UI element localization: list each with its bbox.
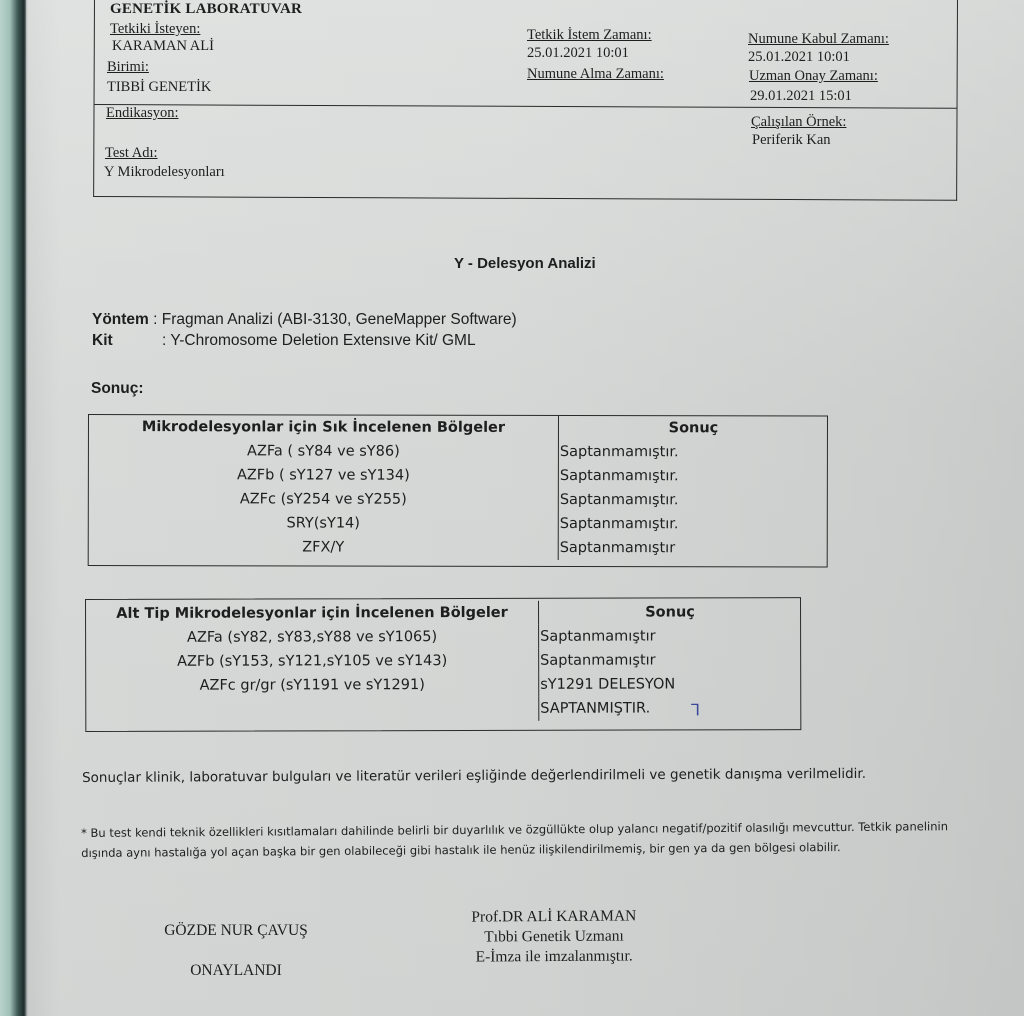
table-header-row: Alt Tip Mikrodelesyonlar için İncelenen … bbox=[86, 600, 800, 626]
technician-name: GÖZDE NUR ÇAVUŞ bbox=[148, 922, 324, 940]
table-row: SRY(sY14)Saptanmamıştır. bbox=[89, 511, 827, 537]
expert-name: Prof.DR ALİ KARAMAN bbox=[455, 906, 653, 927]
result-cell: SAPTANMIŞTIR. bbox=[539, 696, 801, 721]
subtype-results-table: Alt Tip Mikrodelesyonlar için İncelenen … bbox=[85, 597, 801, 732]
table-row: ZFX/YSaptanmamıştır bbox=[89, 535, 827, 561]
method-value: : Fragman Analizi (ABI-3130, GeneMapper … bbox=[153, 311, 517, 328]
result-cell: sY1291 DELESYON bbox=[539, 672, 801, 697]
result-column-header: Sonuç bbox=[558, 416, 827, 441]
region-cell: AZFc (sY254 ve sY255) bbox=[89, 487, 559, 512]
result-cell: Saptanmamıştır bbox=[539, 624, 801, 649]
expert-signature-block: Prof.DR ALİ KARAMAN Tıbbi Genetik Uzmanı… bbox=[455, 906, 653, 967]
region-cell: AZFa (sY82, sY83,sY88 ve sY1065) bbox=[86, 625, 539, 650]
expert-title: Tıbbi Genetik Uzmanı bbox=[455, 926, 653, 947]
region-column-header: Mikrodelesyonlar için Sık İncelenen Bölg… bbox=[89, 415, 559, 440]
region-cell: SRY(sY14) bbox=[89, 511, 559, 536]
expert-approval-value: 29.01.2021 15:01 bbox=[750, 88, 852, 105]
result-cell: Saptanmamıştır. bbox=[558, 488, 827, 513]
sample-accept-value: 25.01.2021 10:01 bbox=[748, 49, 850, 66]
requester-label: Tetkiki İsteyen: bbox=[110, 21, 200, 38]
result-column-header: Sonuç bbox=[539, 600, 801, 625]
result-cell: Saptanmamıştır bbox=[558, 536, 827, 561]
sample-collection-label: Numune Alma Zamanı: bbox=[527, 66, 664, 83]
region-cell: AZFb (sY153, sY121,sY105 ve sY143) bbox=[86, 649, 539, 674]
table-row: AZFb (sY153, sY121,sY105 ve sY143)Saptan… bbox=[86, 648, 800, 674]
expert-esignature-note: E-İmza ile imzalanmıştır. bbox=[455, 946, 653, 967]
method-row: Yöntem : Fragman Analizi (ABI-3130, Gene… bbox=[92, 311, 517, 329]
sample-type-label: Çalışılan Örnek: bbox=[751, 114, 846, 131]
expert-approval-label: Uzman Onay Zamanı: bbox=[749, 68, 878, 85]
result-cell: Saptanmamıştır bbox=[539, 648, 801, 673]
result-cell: Saptanmamıştır. bbox=[558, 440, 827, 465]
indication-label: Endikasyon: bbox=[106, 105, 179, 122]
region-cell bbox=[86, 697, 539, 722]
region-cell: AZFb ( sY127 ve sY134) bbox=[89, 463, 559, 488]
result-heading: Sonuç: bbox=[91, 380, 144, 398]
result-cell: Saptanmamıştır. bbox=[558, 512, 827, 537]
disclaimer: * Bu test kendi teknik özellikleri kısıt… bbox=[81, 816, 948, 863]
technician-status: ONAYLANDI bbox=[148, 962, 324, 980]
report-title: Y - Delesyon Analizi bbox=[454, 255, 596, 272]
region-cell: ZFX/Y bbox=[89, 535, 559, 560]
request-time-label: Tetkik İstem Zamanı: bbox=[527, 27, 652, 44]
kit-value: : Y-Chromosome Deletion Extensıve Kit/ G… bbox=[162, 332, 476, 349]
table-row: AZFb ( sY127 ve sY134)Saptanmamıştır. bbox=[89, 463, 827, 489]
kit-label: Kit bbox=[92, 332, 162, 350]
clinical-note: Sonuçlar klinik, laboratuvar bulguları v… bbox=[82, 766, 866, 786]
lab-name: GENETİK LABORATUVAR bbox=[110, 1, 302, 18]
sample-type-value: Periferik Kan bbox=[752, 132, 831, 149]
unit-label: Birimi: bbox=[107, 59, 149, 76]
region-cell: AZFa ( sY84 ve sY86) bbox=[89, 439, 559, 464]
table-row: AZFc gr/gr (sY1191 ve sY1291)sY1291 DELE… bbox=[86, 672, 800, 698]
test-name-value: Y Mikrodelesyonları bbox=[104, 164, 225, 181]
table-row: AZFa (sY82, sY83,sY88 ve sY1065)Saptanma… bbox=[86, 624, 800, 650]
main-results-table: Mikrodelesyonlar için Sık İncelenen Bölg… bbox=[88, 414, 828, 568]
requester-value: KARAMAN ALİ bbox=[112, 38, 214, 55]
sample-accept-label: Numune Kabul Zamanı: bbox=[748, 31, 889, 48]
table-header-row: Mikrodelesyonlar için Sık İncelenen Bölg… bbox=[89, 415, 827, 441]
handwritten-mark: ᒣ bbox=[690, 700, 700, 719]
table-row: AZFa ( sY84 ve sY86)Saptanmamıştır. bbox=[89, 439, 827, 465]
table-row: AZFc (sY254 ve sY255)Saptanmamıştır. bbox=[89, 487, 827, 513]
test-name-label: Test Adı: bbox=[105, 145, 158, 162]
unit-value: TIBBİ GENETİK bbox=[107, 79, 211, 96]
request-time-value: 25.01.2021 10:01 bbox=[527, 45, 629, 62]
result-cell: Saptanmamıştır. bbox=[558, 464, 827, 489]
region-column-header: Alt Tip Mikrodelesyonlar için İncelenen … bbox=[86, 601, 539, 626]
kit-row: Kit: Y-Chromosome Deletion Extensıve Kit… bbox=[92, 332, 476, 350]
method-label: Yöntem bbox=[92, 311, 149, 328]
region-cell: AZFc gr/gr (sY1191 ve sY1291) bbox=[86, 673, 539, 698]
